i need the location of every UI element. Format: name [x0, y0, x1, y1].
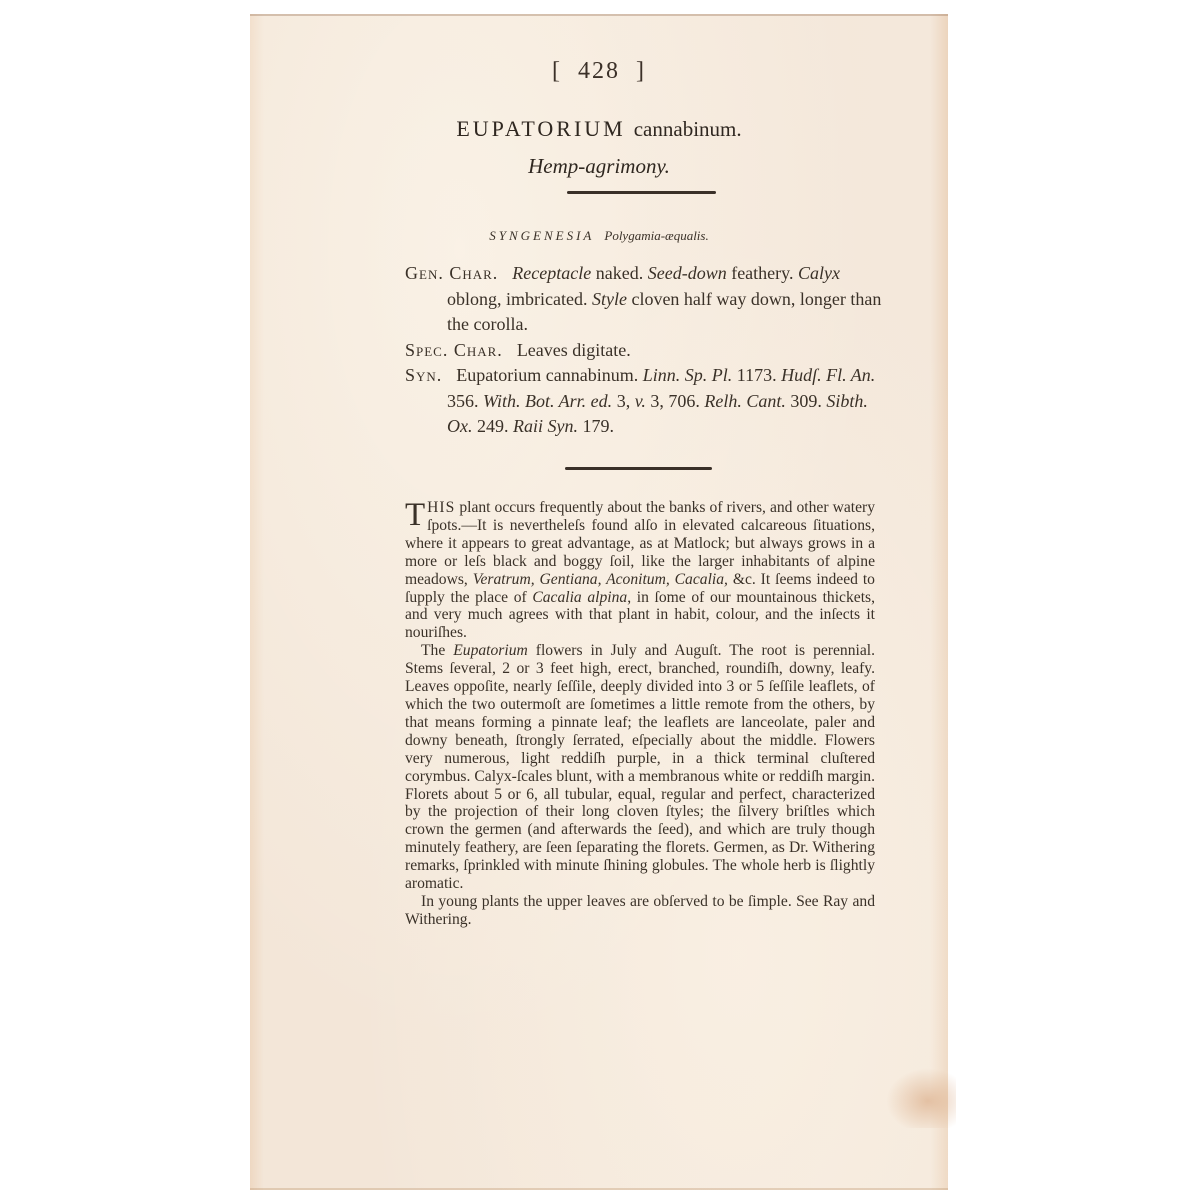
italic-text: Linn. Sp. Pl.	[643, 365, 733, 385]
book-page: [428] EUPATORIUMcannabinum. Hemp-agrimon…	[250, 14, 948, 1190]
text-run: Eupatorium cannabinum.	[456, 365, 642, 385]
text-run: feathery.	[727, 263, 798, 283]
spec-char-text: Leaves digitate.	[517, 340, 631, 360]
syn-label: Syn.	[405, 365, 442, 385]
bracket-open: [	[552, 58, 562, 84]
page-number: [428]	[250, 58, 948, 85]
genus-name: EUPATORIUM	[456, 116, 625, 141]
divider-rule	[565, 467, 712, 470]
italic-text: Veratrum, Gentiana, Aconitum, Cacalia,	[473, 571, 728, 588]
drop-cap: T	[405, 501, 425, 529]
text-run: 309.	[786, 391, 827, 411]
italic-text: Hudſ. Fl. An.	[781, 365, 875, 385]
italic-text: Calyx	[798, 263, 840, 283]
text-run: flowers in July and Auguſt. The root is …	[405, 642, 875, 892]
class-name: SYNGENESIA	[489, 228, 594, 243]
text-run: 179.	[578, 416, 614, 436]
text-run: 3,	[612, 391, 635, 411]
gen-char-label: Gen. Char.	[405, 263, 498, 283]
synonyms: Syn.Eupatorium cannabinum. Linn. Sp. Pl.…	[405, 363, 885, 440]
text-run: The	[421, 642, 453, 659]
italic-text: Seed-down	[648, 263, 727, 283]
classification: SYNGENESIAPolygamia-æqualis.	[250, 228, 948, 244]
generic-character: Gen. Char.Receptacle naked. Seed-down fe…	[405, 261, 885, 338]
body-paragraph: In young plants the upper leaves are obſ…	[405, 893, 875, 929]
text-run: 249.	[473, 416, 514, 436]
body-paragraph: THIS plant occurs frequently about the b…	[405, 499, 875, 642]
text-run: 356.	[447, 391, 483, 411]
water-stain	[886, 1068, 956, 1128]
text-run: In young plants the upper leaves are obſ…	[405, 893, 875, 928]
italic-text: v.	[635, 391, 646, 411]
spec-char-label: Spec. Char.	[405, 340, 503, 360]
italic-text: Cacalia alpina	[532, 589, 627, 606]
text-run: 1173.	[732, 365, 781, 385]
description-body: THIS plant occurs frequently about the b…	[405, 499, 875, 929]
italic-text: Eupatorium	[453, 642, 528, 659]
text-run: oblong, imbricated.	[447, 289, 592, 309]
page-number-value: 428	[578, 58, 620, 84]
bracket-close: ]	[636, 58, 646, 84]
syn-text: Eupatorium cannabinum. Linn. Sp. Pl. 117…	[447, 365, 875, 436]
text-run: naked.	[591, 263, 647, 283]
characters-block: Gen. Char.Receptacle naked. Seed-down fe…	[405, 261, 885, 440]
gen-char-text: Receptacle naked. Seed-down feathery. Ca…	[447, 263, 881, 334]
italic-text: Receptacle	[512, 263, 591, 283]
species-title: EUPATORIUMcannabinum.	[250, 116, 948, 142]
italic-text: Raii Syn.	[513, 416, 578, 436]
body-paragraph: The Eupatorium flowers in July and Auguſ…	[405, 642, 875, 893]
italic-text: Relh. Cant.	[704, 391, 786, 411]
italic-text: Style	[592, 289, 627, 309]
common-name: Hemp-agrimony.	[250, 154, 948, 179]
order-name: Polygamia-æqualis.	[604, 228, 708, 243]
specific-character: Spec. Char.Leaves digitate.	[405, 338, 885, 364]
lead-caps: HIS	[427, 499, 455, 516]
divider-rule	[567, 191, 716, 194]
species-name: cannabinum.	[634, 117, 742, 141]
italic-text: With. Bot. Arr. ed.	[483, 391, 612, 411]
text-run: 3, 706.	[646, 391, 705, 411]
